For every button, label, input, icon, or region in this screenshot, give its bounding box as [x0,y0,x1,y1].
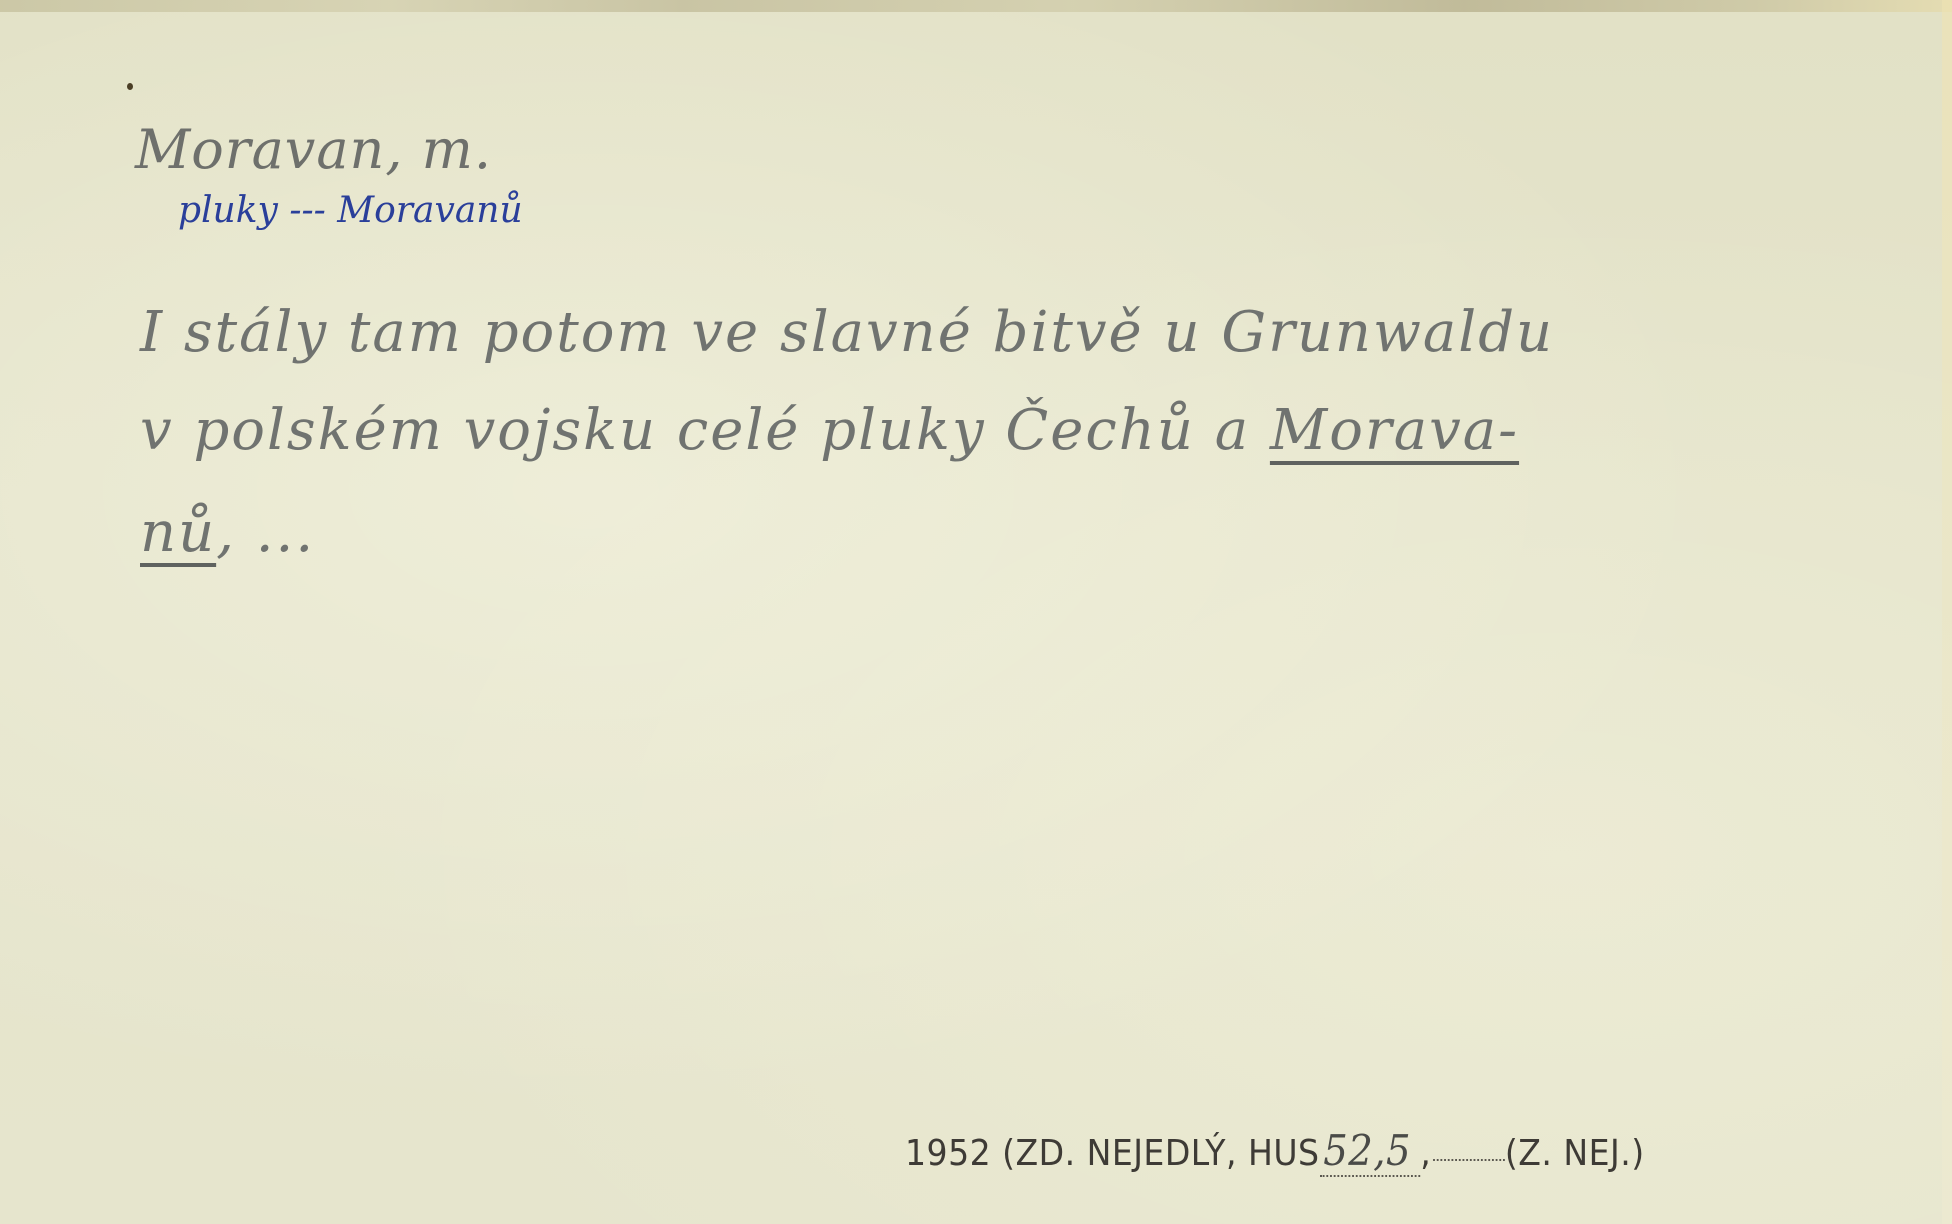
annotation-blue-ink: pluky --- Moravanů [178,190,523,231]
underlined-term-part-1: Morava- [1270,398,1519,463]
source-citation: 1952 (ZD. NEJEDLÝ, HUS52,5,(Z. NEJ.) [905,1126,1645,1175]
source-printed-suffix: (Z. NEJ.) [1505,1133,1645,1174]
underlined-term-part-2: nů [140,500,216,565]
headword: Moravan, m. [135,118,492,181]
quotation-line-1: I stály tam potom ve slavné bitvě u Grun… [140,300,1554,365]
source-printed-prefix: 1952 (ZD. NEJEDLÝ, HUS [905,1133,1320,1174]
quotation-ellipsis: , ... [216,500,315,565]
source-separator: , [1420,1133,1431,1174]
quotation-line-2: v polském vojsku celé pluky Čechů a Mora… [140,398,1519,463]
card-top-edge [0,0,1952,12]
ink-speck [127,83,133,90]
quotation-line-2-text: v polském vojsku celé pluky Čechů a [140,398,1270,463]
source-handwritten-reference: 52,5 [1320,1126,1421,1177]
quotation-line-3: nů, ... [140,500,315,565]
card-right-edge [1942,0,1952,1224]
index-card: Moravan, m. pluky --- Moravanů I stály t… [0,0,1952,1224]
source-blank-dotted-field [1433,1158,1505,1161]
